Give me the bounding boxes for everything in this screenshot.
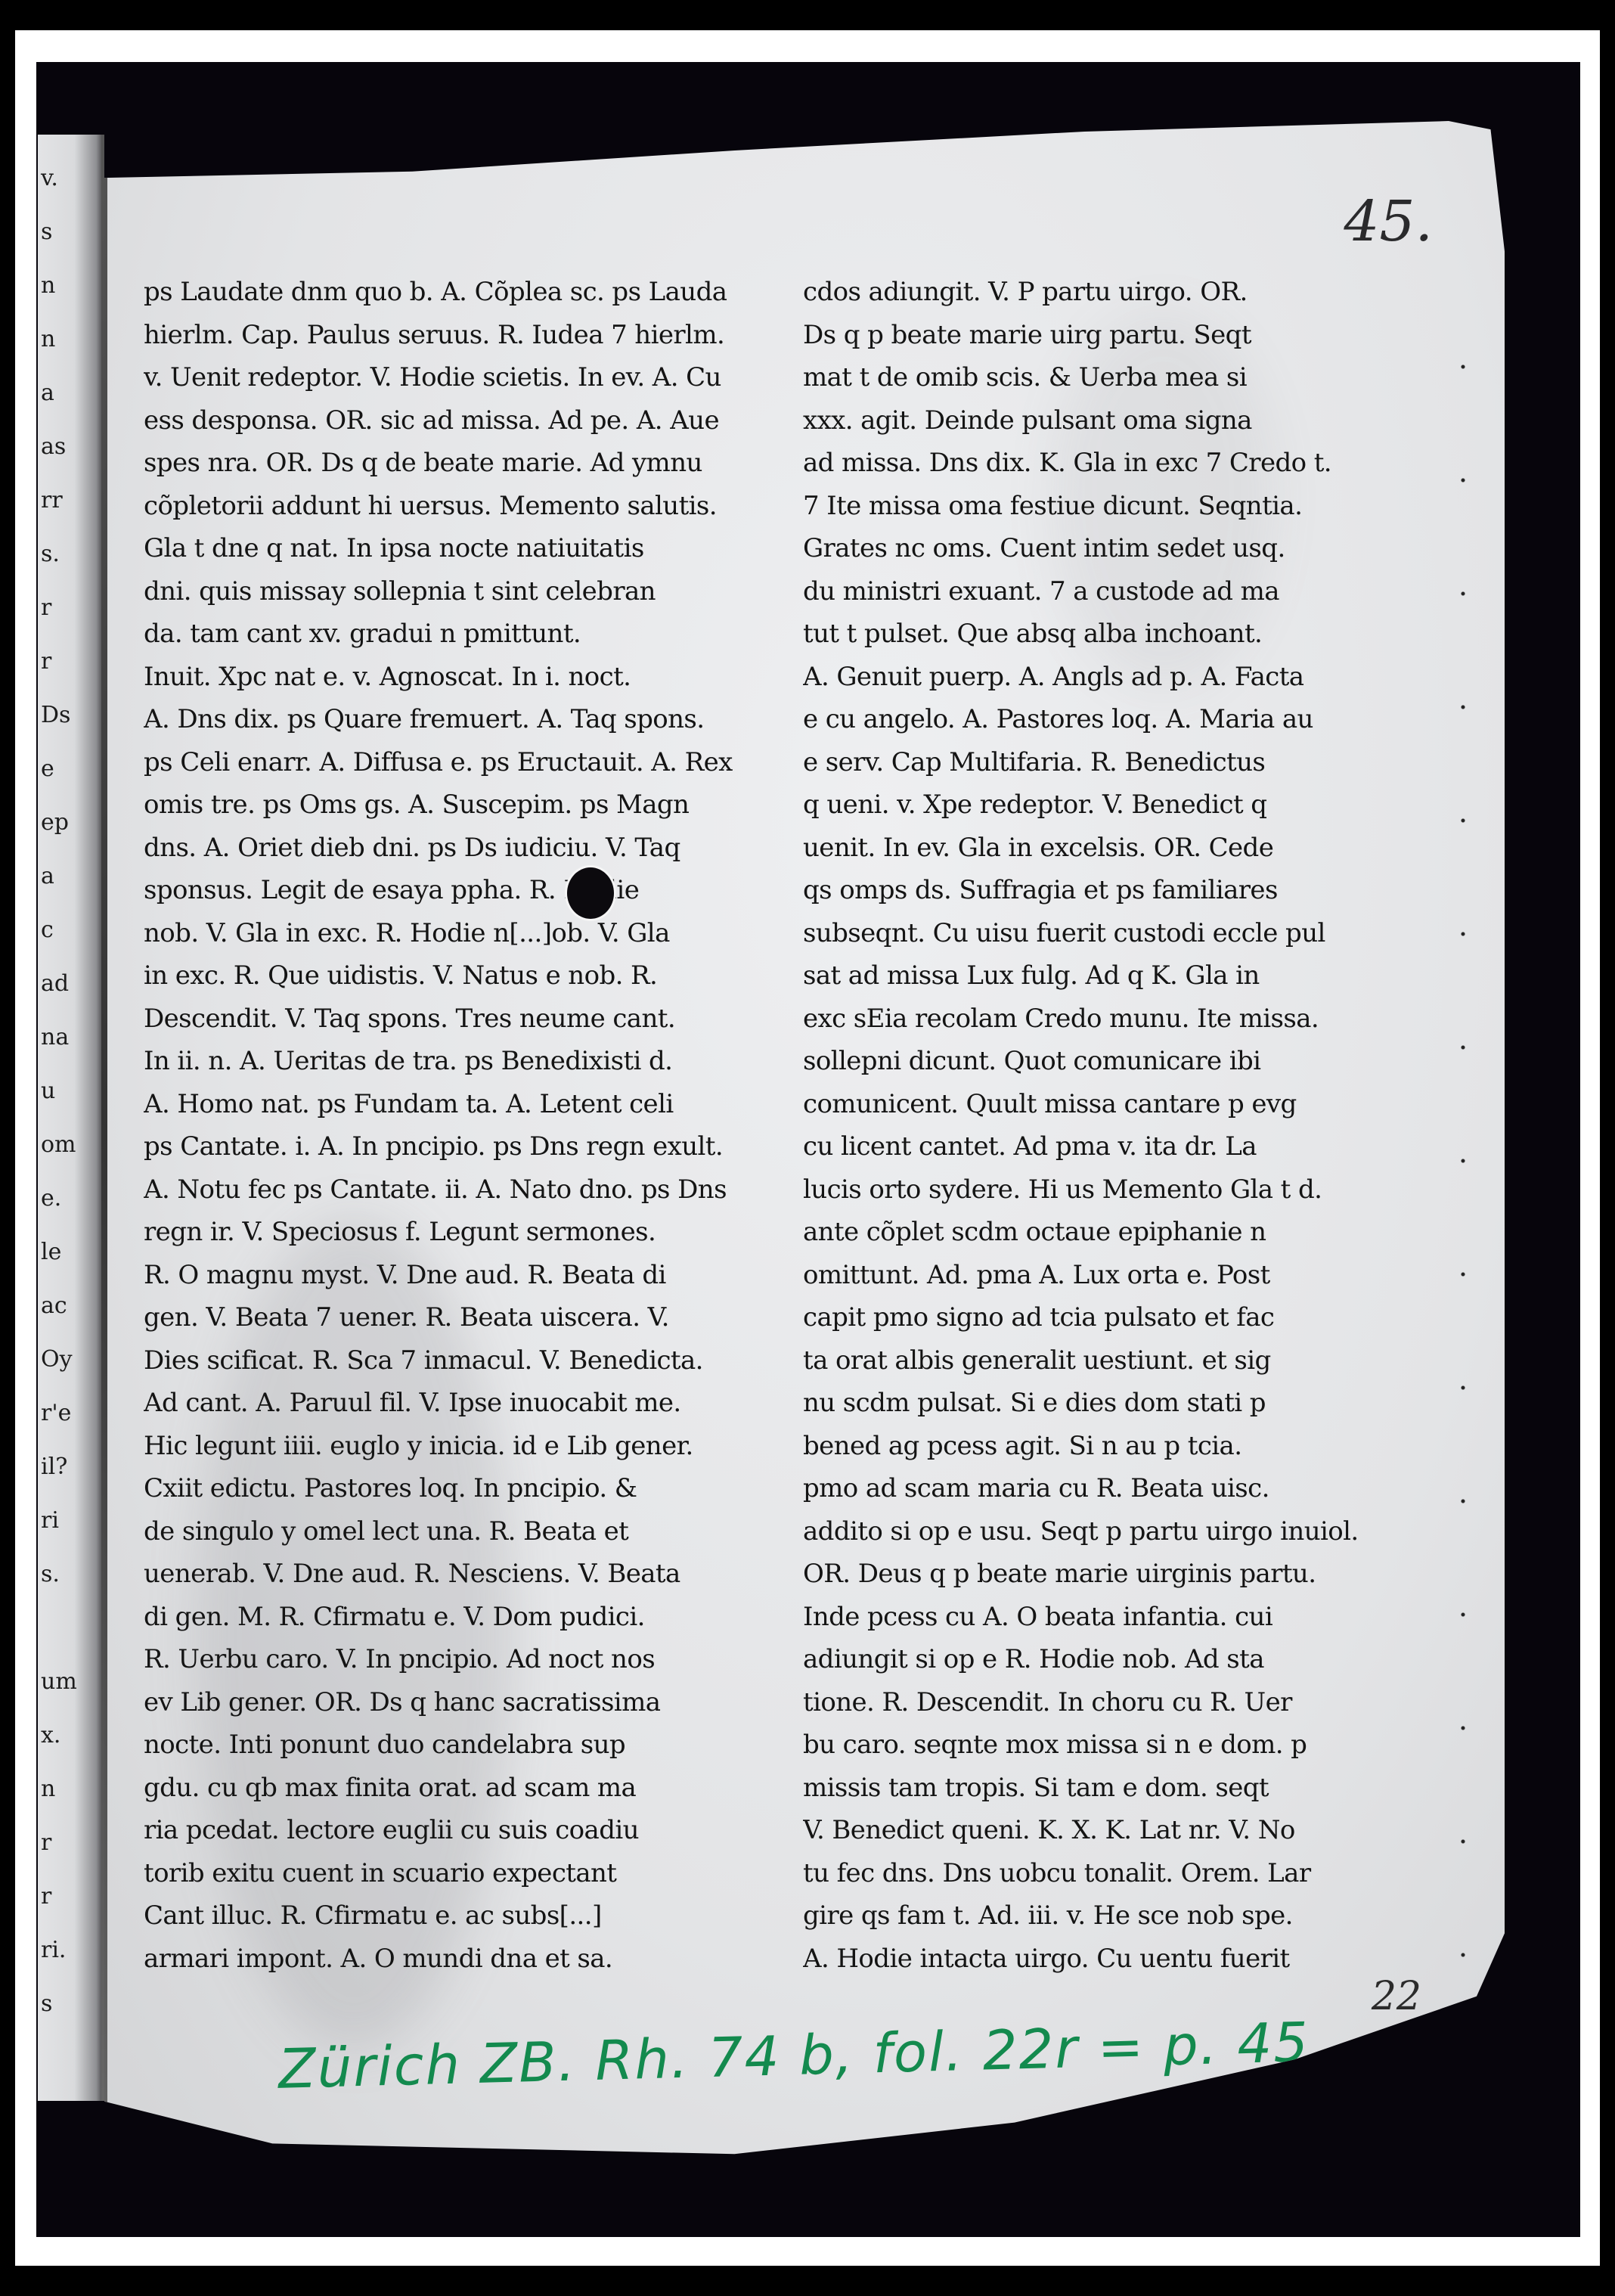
facing-page-fragment-text: s. [41, 1561, 60, 1587]
manuscript-line: regn ir. V. Speciosus f. Legunt sermones… [144, 1211, 764, 1254]
manuscript-line: hierlm. Cap. Paulus seruus. R. Iudea 7 h… [144, 314, 764, 357]
facing-page-fragment-text: r'e [41, 1400, 71, 1426]
facing-page-fragment-text: rr [41, 487, 63, 513]
manuscript-line: uenerab. V. Dne aud. R. Nesciens. V. Bea… [144, 1553, 764, 1596]
manuscript-line: In ii. n. A. Ueritas de tra. ps Benedixi… [144, 1040, 764, 1083]
text-column-left: ps Laudate dnm quo b. A. Cõplea sc. ps L… [144, 271, 764, 1980]
manuscript-line: dns. A. Oriet dieb dni. ps Ds iudiciu. V… [144, 827, 764, 870]
manuscript-line: tut t pulset. Que absq alba inchoant. [803, 613, 1423, 656]
manuscript-line: armari impont. A. O mundi dna et sa. [144, 1938, 764, 1981]
manuscript-line: dni. quis missay sollepnia t sint celebr… [144, 570, 764, 613]
manuscript-line: di gen. M. R. Cfirmatu e. V. Dom pudici. [144, 1596, 764, 1639]
facing-page-fragment-text: Ds [41, 702, 70, 728]
facing-page-fragment-text: r [41, 594, 51, 621]
manuscript-line: ps Celi enarr. A. Diffusa e. ps Eructaui… [144, 741, 764, 784]
manuscript-line: Gla t dne q nat. In ipsa nocte natiuitat… [144, 527, 764, 570]
manuscript-line: adiungit si op e R. Hodie nob. Ad sta [803, 1638, 1423, 1681]
manuscript-line: Ad cant. A. Paruul fil. V. Ipse inuocabi… [144, 1382, 764, 1425]
manuscript-line: ad missa. Dns dix. K. Gla in exc 7 Credo… [803, 442, 1423, 485]
page-gutter-edge [104, 83, 107, 2186]
manuscript-line: in exc. R. Que uidistis. V. Natus e nob.… [144, 954, 764, 998]
manuscript-line: sollepni dicunt. Quot comunicare ibi [803, 1040, 1423, 1083]
manuscript-line: Inde pcess cu A. O beata infantia. cui [803, 1596, 1423, 1639]
text-column-right: cdos adiungit. V. P partu uirgo. OR.Ds q… [803, 271, 1423, 1980]
facing-page-fragment-text: s [41, 219, 52, 245]
facing-page-fragment-text: r [41, 1883, 51, 1910]
facing-page-fragment-text: Oy [41, 1346, 73, 1373]
manuscript-line: A. Genuit puerp. A. Angls ad p. A. Facta [803, 656, 1423, 699]
manuscript-line: Hic legunt iiii. euglo y inicia. id e Li… [144, 1425, 764, 1468]
manuscript-line: bened ag pcess agit. Si n au p tcia. [803, 1425, 1423, 1468]
facing-page-fragment-text: v. [41, 165, 58, 191]
manuscript-line: gire qs fam t. Ad. iii. v. He sce nob sp… [803, 1894, 1423, 1938]
manuscript-line: cõpletorii addunt hi uersus. Memento sal… [144, 485, 764, 528]
manuscript-line: pmo ad scam maria cu R. Beata uisc. [803, 1467, 1423, 1510]
manuscript-line: Grates nc oms. Cuent intim sedet usq. [803, 527, 1423, 570]
pricking-marks [1459, 310, 1467, 2049]
manuscript-line: comunicent. Quult missa cantare p evg [803, 1083, 1423, 1126]
facing-page-fragment-text: a [41, 863, 54, 889]
manuscript-line: de singulo y omel lect una. R. Beata et [144, 1510, 764, 1553]
manuscript-line: ev Lib gener. OR. Ds q hanc sacratissima [144, 1681, 764, 1724]
facing-page-fragment-text: x. [41, 1722, 60, 1748]
facing-page-fragment-text: il? [41, 1454, 67, 1480]
manuscript-line: du ministri exuant. 7 a custode ad ma [803, 570, 1423, 613]
manuscript-line: e cu angelo. A. Pastores loq. A. Maria a… [803, 698, 1423, 741]
manuscript-line: omis tre. ps Oms gs. A. Suscepim. ps Mag… [144, 783, 764, 827]
manuscript-line: mat t de omib scis. & Uerba mea si [803, 356, 1423, 399]
manuscript-line: addito si op e usu. Seqt p partu uirgo i… [803, 1510, 1423, 1553]
manuscript-line: ps Cantate. i. A. In pncipio. ps Dns reg… [144, 1125, 764, 1168]
facing-page-fragment-text: n [41, 326, 55, 352]
manuscript-line: omittunt. Ad. pma A. Lux orta e. Post [803, 1254, 1423, 1297]
facing-page-fragment-text: as [41, 433, 66, 460]
shelfmark-annotation: Zürich ZB. Rh. 74 b, fol. 22r = p. 45 [277, 2010, 1310, 2101]
manuscript-line: sponsus. Legit de esaya ppha. R. Hodie [144, 869, 764, 912]
manuscript-line: Dies scificat. R. Sca 7 inmacul. V. Bene… [144, 1339, 764, 1382]
manuscript-line: gdu. cu qb max finita orat. ad scam ma [144, 1767, 764, 1810]
folio-number: 45. [1344, 189, 1433, 254]
manuscript-line: tu fec dns. Dns uobcu tonalit. Orem. Lar [803, 1852, 1423, 1895]
facing-page-fragment-text: um [41, 1668, 77, 1695]
facing-page-fragment-text: e. [41, 1185, 61, 1212]
facing-page-fragment-text: s. [41, 541, 60, 567]
manuscript-line: tione. R. Descendit. In choru cu R. Uer [803, 1681, 1423, 1724]
manuscript-line: nob. V. Gla in exc. R. Hodie n[...]ob. V… [144, 912, 764, 955]
manuscript-line: R. O magnu myst. V. Dne aud. R. Beata di [144, 1254, 764, 1297]
manuscript-line: qs omps ds. Suffragia et ps familiares [803, 869, 1423, 912]
facing-page-fragment-text: ri [41, 1507, 59, 1534]
manuscript-line: nu scdm pulsat. Si e dies dom stati p [803, 1382, 1423, 1425]
facing-page-fragment-text: n [41, 272, 55, 299]
manuscript-line: cu licent cantet. Ad pma v. ita dr. La [803, 1125, 1423, 1168]
facing-page-fragment-text: ep [41, 809, 69, 836]
manuscript-line: ria pcedat. lectore euglii cu suis coadi… [144, 1809, 764, 1852]
manuscript-line: gen. V. Beata 7 uener. R. Beata uiscera.… [144, 1296, 764, 1339]
manuscript-line: ps Laudate dnm quo b. A. Cõplea sc. ps L… [144, 271, 764, 314]
facing-page-fragment-text: ac [41, 1292, 67, 1319]
facing-page-fragment-text: n [41, 1776, 55, 1802]
manuscript-line: spes nra. OR. Ds q de beate marie. Ad ym… [144, 442, 764, 485]
manuscript-line: missis tam tropis. Si tam e dom. seqt [803, 1767, 1423, 1810]
manuscript-line: Cxiit edictu. Pastores loq. In pncipio. … [144, 1467, 764, 1510]
facing-page-fragment-text: e [41, 756, 54, 782]
gutter-shadow [101, 135, 104, 2101]
facing-page-fragment-text: u [41, 1078, 55, 1104]
manuscript-line: ess desponsa. OR. sic ad missa. Ad pe. A… [144, 399, 764, 442]
manuscript-line: OR. Deus q p beate marie uirginis partu. [803, 1553, 1423, 1596]
facing-page-fragment-text: a [41, 380, 54, 406]
facing-page-fragment-text: ad [41, 970, 69, 997]
manuscript-page: 45. ps Laudate dnm quo b. A. Cõplea sc. … [104, 83, 1505, 2186]
manuscript-line: nocte. Inti ponunt duo candelabra sup [144, 1724, 764, 1767]
facing-page-fragment: v.snnaasrrs.rrDseepacadnauome.leacOyr'ei… [38, 135, 104, 2101]
manuscript-line: bu caro. seqnte mox missa si n e dom. p [803, 1724, 1423, 1767]
facing-page-fragment-text: s [41, 1990, 52, 2017]
manuscript-line: R. Uerbu caro. V. In pncipio. Ad noct no… [144, 1638, 764, 1681]
facing-page-fragment-text: na [41, 1024, 69, 1050]
manuscript-line: ta orat albis generalit uestiunt. et sig [803, 1339, 1423, 1382]
manuscript-line: exc sEia recolam Credo munu. Ite missa. [803, 998, 1423, 1041]
facing-page-fragment-text: ri. [41, 1937, 66, 1963]
manuscript-line: Inuit. Xpc nat e. v. Agnoscat. In i. noc… [144, 656, 764, 699]
facing-page-fragment-text: r [41, 1829, 51, 1856]
manuscript-line: capit pmo signo ad tcia pulsato et fac [803, 1296, 1423, 1339]
manuscript-line: v. Uenit redeptor. V. Hodie scietis. In … [144, 356, 764, 399]
facing-page-fragment-text: om [41, 1131, 76, 1158]
manuscript-line: cdos adiungit. V. P partu uirgo. OR. [803, 271, 1423, 314]
manuscript-line: xxx. agit. Deinde pulsant oma signa [803, 399, 1423, 442]
facing-page-fragment-text: c [41, 917, 54, 943]
manuscript-line: 7 Ite missa oma festiue dicunt. Seqntia. [803, 485, 1423, 528]
facing-page-fragment-text: le [41, 1239, 61, 1265]
manuscript-line: Descendit. V. Taq spons. Tres neume cant… [144, 998, 764, 1041]
manuscript-line: A. Notu fec ps Cantate. ii. A. Nato dno.… [144, 1168, 764, 1212]
manuscript-line: A. Homo nat. ps Fundam ta. A. Letent cel… [144, 1083, 764, 1126]
manuscript-line: subseqnt. Cu uisu fuerit custodi eccle p… [803, 912, 1423, 955]
manuscript-line: torib exitu cuent in scuario expectant [144, 1852, 764, 1895]
manuscript-line: A. Hodie intacta uirgo. Cu uentu fuerit [803, 1938, 1423, 1981]
manuscript-line: Cant illuc. R. Cfirmatu e. ac subs[...] [144, 1894, 764, 1938]
manuscript-line: sat ad missa Lux fulg. Ad q K. Gla in [803, 954, 1423, 998]
manuscript-line: lucis orto sydere. Hi us Memento Gla t d… [803, 1168, 1423, 1212]
manuscript-line: q ueni. v. Xpe redeptor. V. Benedict q [803, 783, 1423, 827]
manuscript-line: da. tam cant xv. gradui n pmittunt. [144, 613, 764, 656]
manuscript-line: A. Dns dix. ps Quare fremuert. A. Taq sp… [144, 698, 764, 741]
facing-page-fragment-text: r [41, 648, 51, 675]
manuscript-line: e serv. Cap Multifaria. R. Benedictus [803, 741, 1423, 784]
manuscript-line: V. Benedict queni. K. X. K. Lat nr. V. N… [803, 1809, 1423, 1852]
manuscript-line: Ds q p beate marie uirg partu. Seqt [803, 314, 1423, 357]
parchment-hole [567, 867, 614, 919]
manuscript-line: uenit. In ev. Gla in excelsis. OR. Cede [803, 827, 1423, 870]
manuscript-line: ante cõplet scdm octaue epiphanie n [803, 1211, 1423, 1254]
quire-number: 22 [1372, 1974, 1421, 2019]
